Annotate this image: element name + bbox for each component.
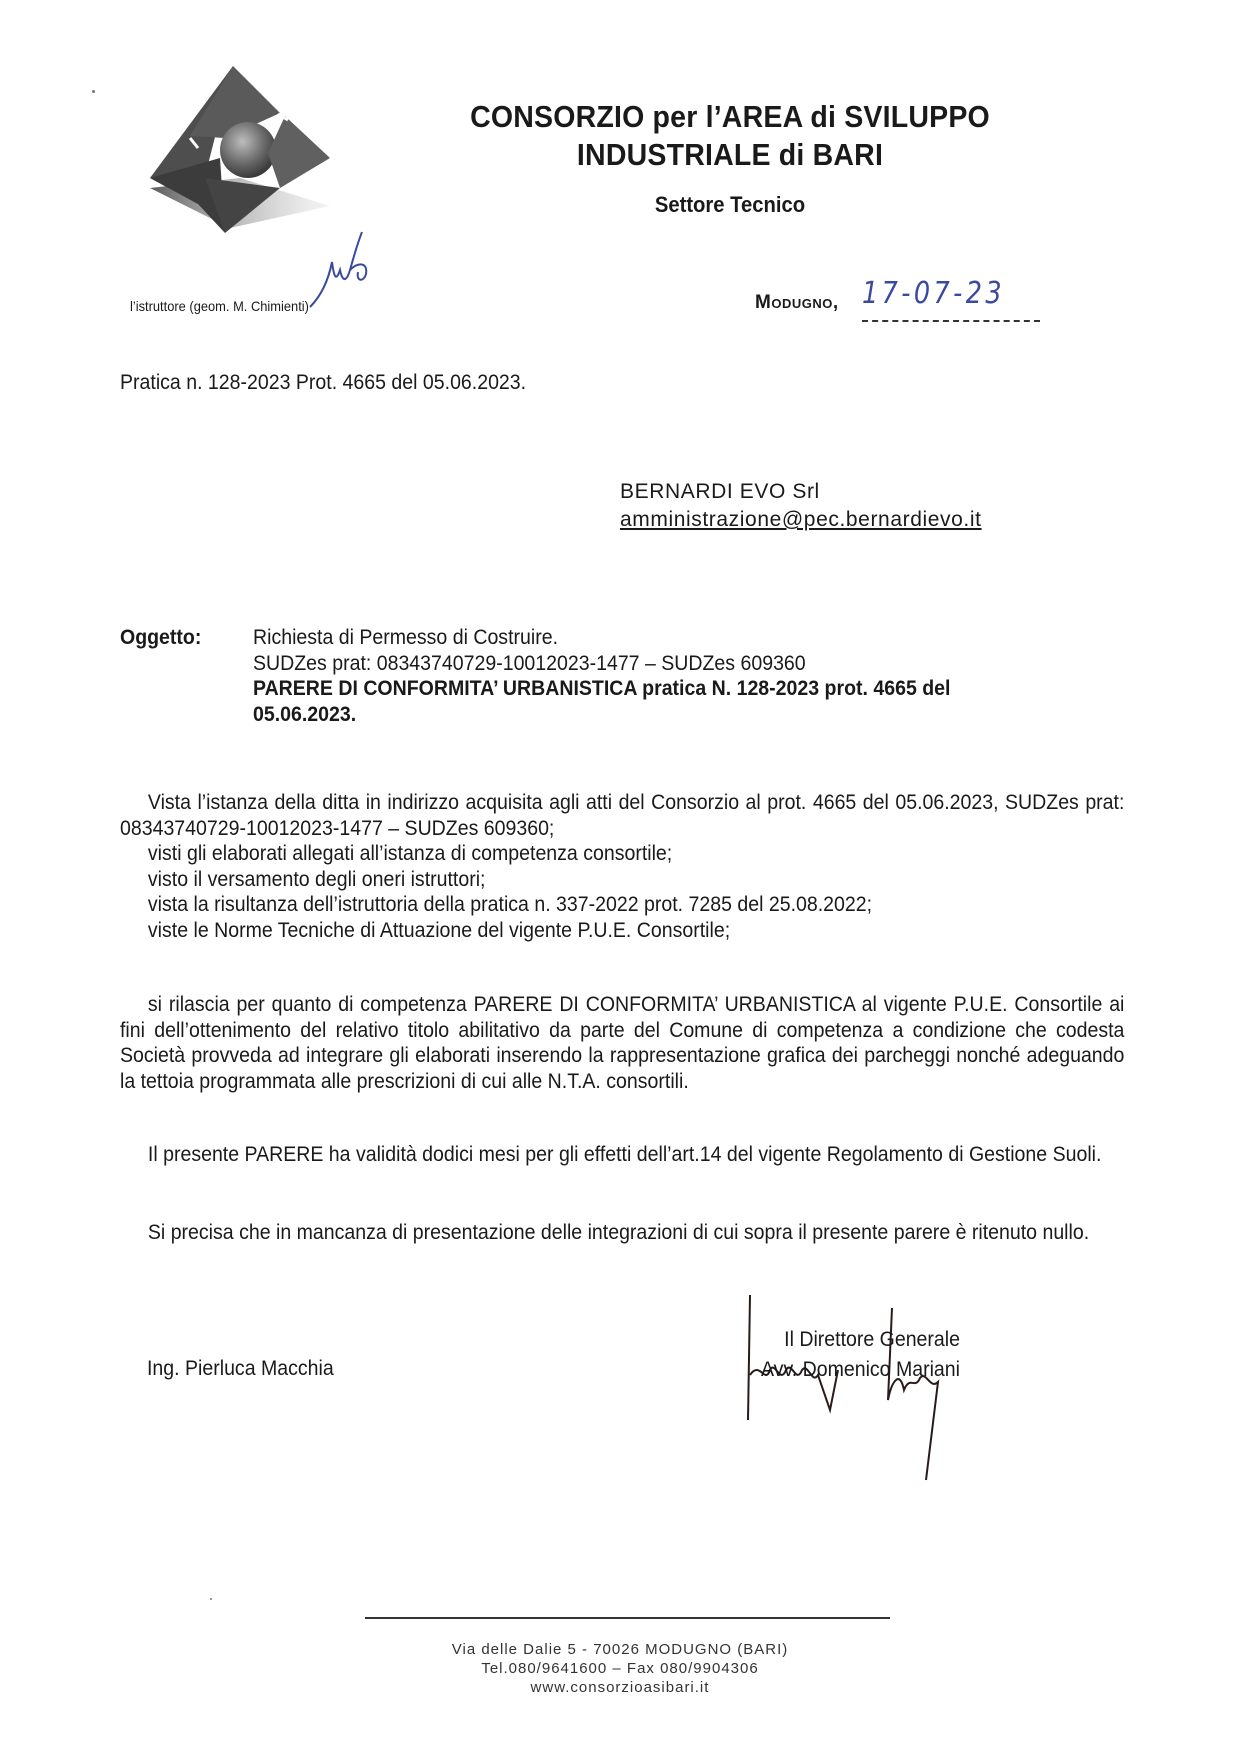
decision-text: si rilascia per quanto di competenza PAR… <box>120 992 1124 1094</box>
premise-item: visto il versamento degli oneri istrutto… <box>120 867 1124 893</box>
signatory-left: Ing. Pierluca Macchia <box>147 1357 334 1381</box>
consortium-logo <box>130 58 340 238</box>
place-label: Modugno, <box>755 292 839 314</box>
signatory-right: Il Direttore Generale Avv. Domenico Mari… <box>709 1325 960 1385</box>
oggetto-label: Oggetto: <box>120 625 201 651</box>
footer-divider <box>365 1617 890 1619</box>
recipient-email[interactable]: amministrazione@pec.bernardievo.it <box>620 506 982 534</box>
oggetto-bold-line: PARERE DI CONFORMITA’ URBANISTICA pratic… <box>253 676 1034 727</box>
date-underline <box>862 320 1040 322</box>
oggetto-line1: Richiesta di Permesso di Costruire. <box>253 625 1034 651</box>
footer-phone-fax: Tel.080/9641600 – Fax 080/9904306 <box>340 1659 900 1678</box>
recipient-name: BERNARDI EVO Srl <box>620 478 982 506</box>
premise-item: Vista l’istanza della ditta in indirizzo… <box>120 790 1124 841</box>
validity-paragraph: Il presente PARERE ha validità dodici me… <box>120 1142 1124 1168</box>
scan-speck <box>210 1598 212 1600</box>
department: Settore Tecnico <box>417 192 1043 218</box>
validity-text: Il presente PARERE ha validità dodici me… <box>120 1142 1124 1168</box>
org-name-line2: INDUSTRIALE di BARI <box>417 136 1043 174</box>
initials-signature <box>300 222 410 312</box>
pratica-reference: Pratica n. 128-2023 Prot. 4665 del 05.06… <box>120 370 526 396</box>
premises-block: Vista l’istanza della ditta in indirizzo… <box>120 790 1124 943</box>
oggetto-line2: SUDZes prat: 08343740729-10012023-1477 –… <box>253 651 1034 677</box>
recipient-block: BERNARDI EVO Srl amministrazione@pec.ber… <box>620 478 982 534</box>
signatory-right-title: Il Direttore Generale <box>709 1325 960 1355</box>
signatory-right-name: Avv. Domenico Mariani <box>709 1355 960 1385</box>
note-text: Si precisa che in mancanza di presentazi… <box>120 1220 1124 1246</box>
premise-item: visti gli elaborati allegati all’istanza… <box>120 841 1124 867</box>
decision-paragraph: si rilascia per quanto di competenza PAR… <box>120 992 1124 1094</box>
scan-speck <box>92 90 95 93</box>
org-name-line1: CONSORZIO per l’AREA di SVILUPPO <box>417 98 1043 136</box>
istruttore-label: l’istruttore (geom. M. Chimienti) <box>130 298 309 314</box>
oggetto-body: Richiesta di Permesso di Costruire. SUDZ… <box>253 625 1034 727</box>
place-name: Modugno, <box>755 292 839 313</box>
footer-address: Via delle Dalie 5 - 70026 MODUGNO (BARI) <box>340 1640 900 1659</box>
footer: Via delle Dalie 5 - 70026 MODUGNO (BARI)… <box>340 1640 900 1697</box>
org-name: CONSORZIO per l’AREA di SVILUPPO INDUSTR… <box>417 98 1043 174</box>
footer-website[interactable]: www.consorzioasibari.it <box>340 1678 900 1697</box>
premise-item: vista la risultanza dell’istruttoria del… <box>120 892 1124 918</box>
director-signature <box>720 1290 980 1490</box>
premise-item: viste le Norme Tecniche di Attuazione de… <box>120 918 1124 944</box>
note-paragraph: Si precisa che in mancanza di presentazi… <box>120 1220 1124 1246</box>
handwritten-date: 17-07-23 <box>862 276 1015 326</box>
